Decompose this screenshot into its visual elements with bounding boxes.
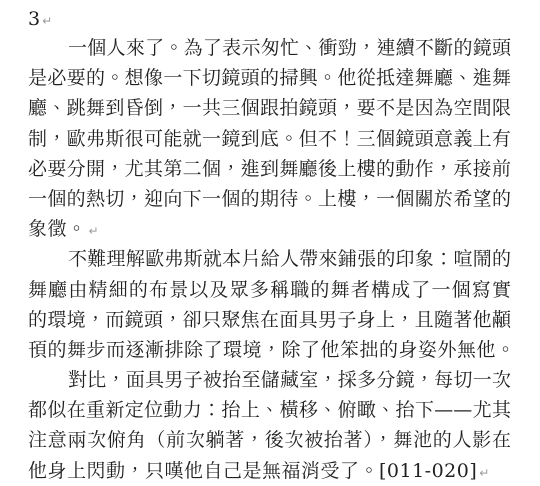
section-heading: 3↵ bbox=[28, 5, 511, 33]
text-line: 注意兩次俯角（前次躺著，後次被抬著），舞池的人影在 bbox=[28, 425, 511, 455]
text-line: 廳、跳舞到昏倒，一共三個跟拍鏡頭，要不是因為空間限 bbox=[28, 93, 511, 123]
paragraph-1: 一個人來了。為了表示匆忙、衝勁，連續不斷的鏡頭 是必要的。想像一下切鏡頭的掃興。… bbox=[28, 33, 511, 244]
text-line: 象徵。↵ bbox=[28, 214, 511, 244]
text-line-content: 頇的舞步而逐漸排除了環境，除了他笨拙的身姿外無他。 bbox=[28, 339, 511, 361]
text-line: 不難理解歐弗斯就本片給人帶來鋪張的印象：喧鬧的 bbox=[28, 244, 511, 274]
text-line: 一個的熱切，迎向下一個的期待。上樓，一個關於希望的 bbox=[28, 184, 511, 214]
text-line-content: 象徵。 bbox=[28, 218, 87, 240]
text-line: 他身上閃動，只嘆他自己是無福消受了。[011-020]↵ bbox=[28, 456, 511, 486]
paragraph-mark-icon: ↵ bbox=[42, 14, 52, 28]
paragraph-3: 對比，面具男子被抬至儲藏室，採多分鏡，每切一次 都似在重新定位動力：抬上、橫移、… bbox=[28, 365, 511, 486]
paragraph-mark-icon: ↵ bbox=[89, 224, 99, 238]
text-line: 制，歐弗斯很可能就一鏡到底。但不！三個鏡頭意義上有 bbox=[28, 124, 511, 154]
text-line: 對比，面具男子被抬至儲藏室，採多分鏡，每切一次 bbox=[28, 365, 511, 395]
text-line: 舞廳由精細的布景以及眾多稱職的舞者構成了一個寫實 bbox=[28, 275, 511, 305]
document-content: 3↵ 一個人來了。為了表示匆忙、衝勁，連續不斷的鏡頭 是必要的。想像一下切鏡頭的… bbox=[28, 5, 511, 486]
paragraph-2: 不難理解歐弗斯就本片給人帶來鋪張的印象：喧鬧的 舞廳由精細的布景以及眾多稱職的舞… bbox=[28, 244, 511, 365]
text-line: 頇的舞步而逐漸排除了環境，除了他笨拙的身姿外無他。↵ bbox=[28, 335, 511, 365]
text-line: 的環境，而鏡頭，卻只聚焦在面具男子身上，且隨著他顢 bbox=[28, 305, 511, 335]
text-line-content: 他身上閃動，只嘆他自己是無福消受了。[011-020] bbox=[28, 460, 477, 482]
section-number: 3 bbox=[28, 8, 40, 30]
paragraph-mark-icon: ↵ bbox=[479, 466, 489, 480]
text-line: 必要分開，尤其第二個，進到舞廳後上樓的動作，承接前 bbox=[28, 154, 511, 184]
text-line: 都似在重新定位動力：抬上、橫移、俯瞰、抬下——尤其 bbox=[28, 395, 511, 425]
text-line: 是必要的。想像一下切鏡頭的掃興。他從抵達舞廳、進舞 bbox=[28, 63, 511, 93]
document-page: 3↵ 一個人來了。為了表示匆忙、衝勁，連續不斷的鏡頭 是必要的。想像一下切鏡頭的… bbox=[0, 0, 540, 486]
text-line: 一個人來了。為了表示匆忙、衝勁，連續不斷的鏡頭 bbox=[28, 33, 511, 63]
